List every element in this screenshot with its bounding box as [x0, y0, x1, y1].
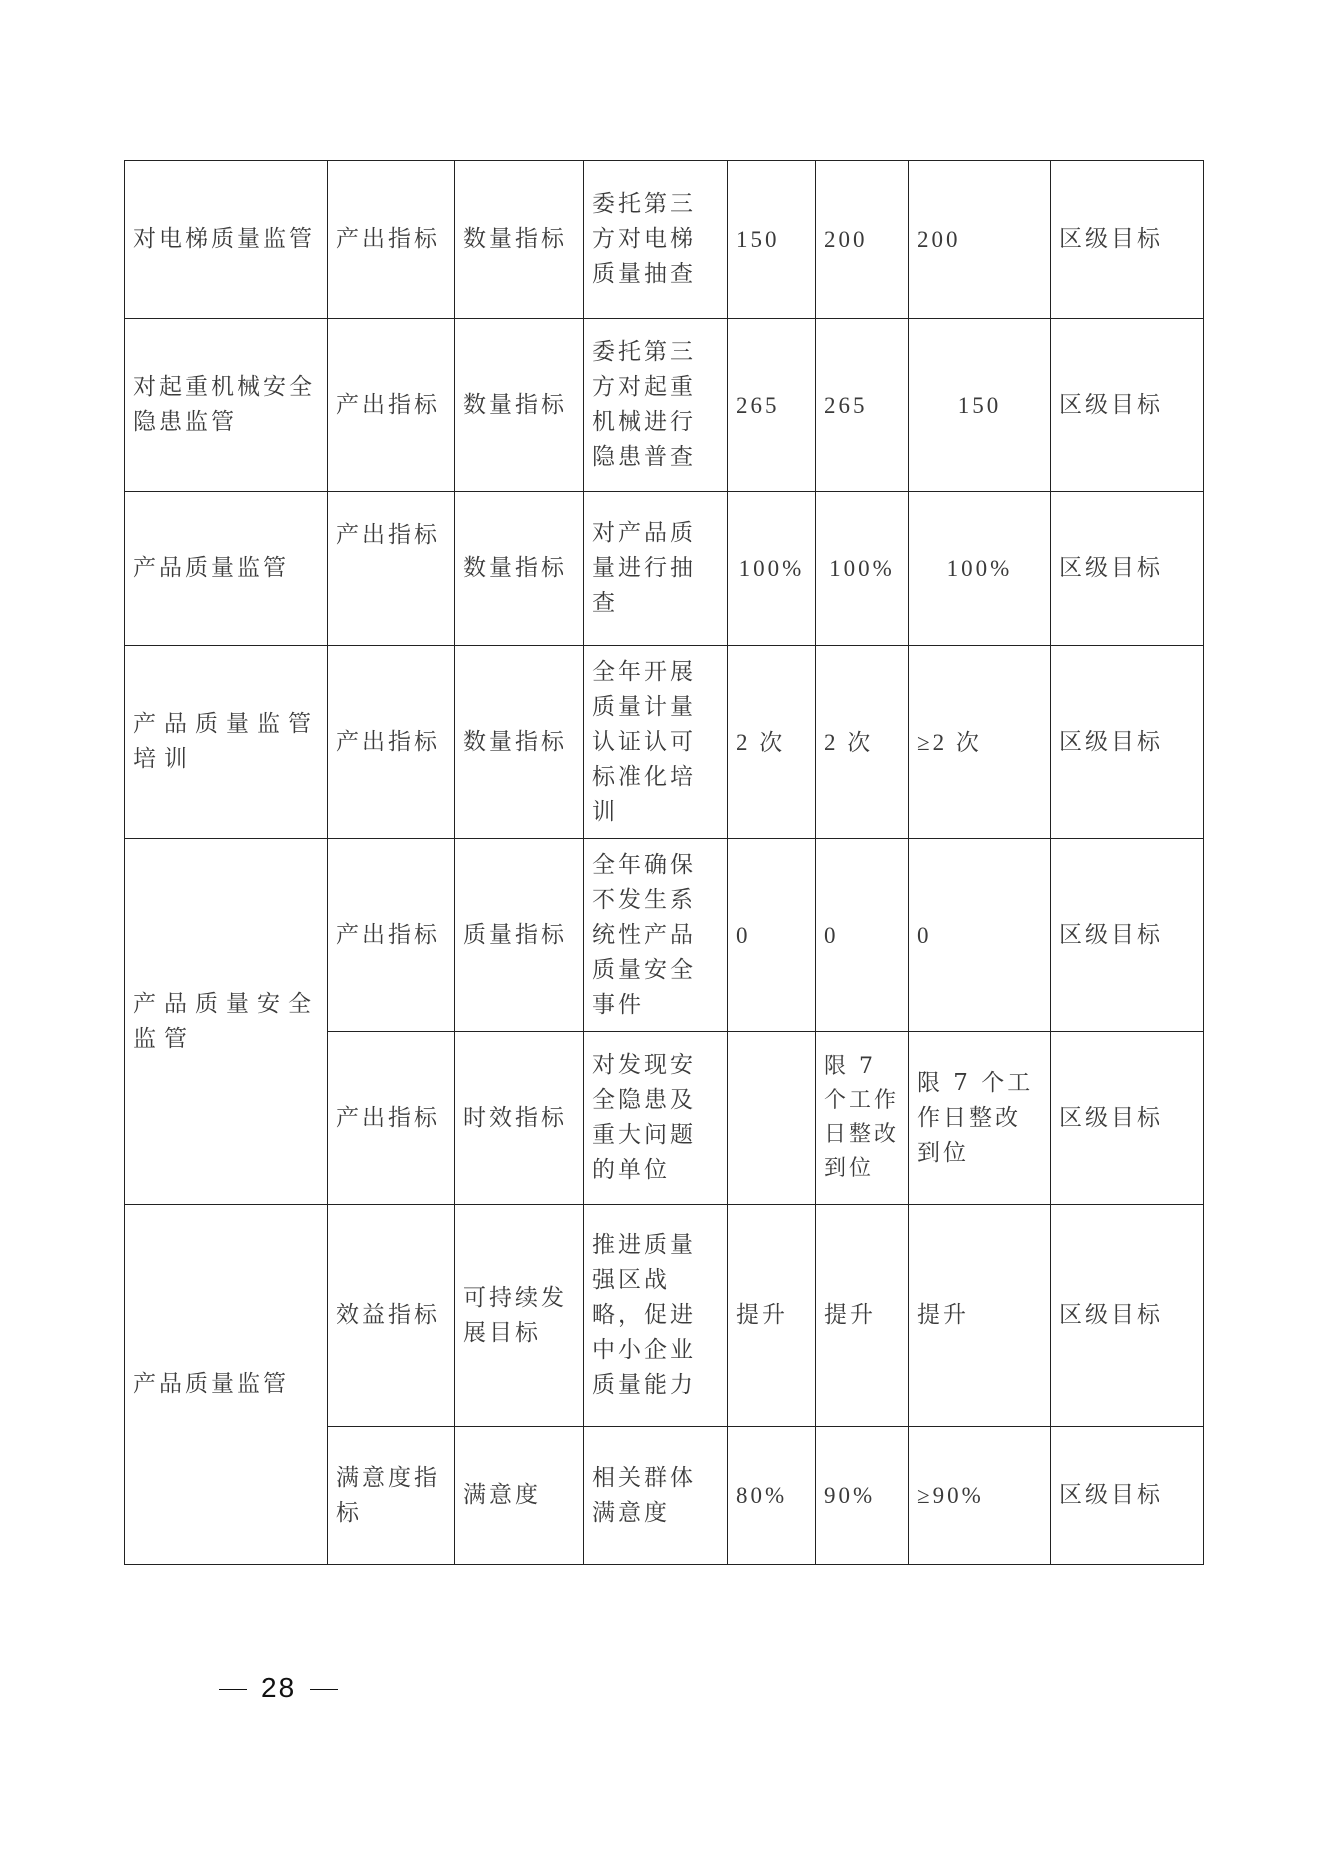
level2-cell: 数量指标: [455, 646, 584, 839]
level1-cell: 产出指标: [328, 161, 455, 319]
task-cell: 对起重机械安全隐患监管: [125, 319, 328, 492]
value3-cell: 100%: [909, 492, 1051, 646]
value2-cell: 提升: [816, 1205, 909, 1427]
indicator-cell: 推进质量强区战略，促进中小企业质量能力: [584, 1205, 728, 1427]
level2-cell: 可持续发展目标: [455, 1205, 584, 1427]
value2-cell: 90%: [816, 1427, 909, 1565]
value3-cell: ≥2 次: [909, 646, 1051, 839]
value2-cell: 0: [816, 839, 909, 1032]
table-row: 产品质量监管培训 产出指标 数量指标 全年开展质量计量认证认可标准化培训 2 次…: [125, 646, 1204, 839]
value3-cell: 150: [909, 319, 1051, 492]
level1-cell: 满意度指标: [328, 1427, 455, 1565]
table-row: 对起重机械安全隐患监管 产出指标 数量指标 委托第三方对起重机械进行隐患普查 2…: [125, 319, 1204, 492]
level1-cell: 产出指标: [328, 319, 455, 492]
level1-cell: 产出指标: [328, 1032, 455, 1205]
indicator-cell: 相关群体满意度: [584, 1427, 728, 1565]
note-cell: 区级目标: [1051, 1427, 1204, 1565]
value1-cell: 提升: [728, 1205, 816, 1427]
indicator-cell: 对产品质量进行抽查: [584, 492, 728, 646]
level2-cell: 满意度: [455, 1427, 584, 1565]
value3-cell: ≥90%: [909, 1427, 1051, 1565]
indicator-cell: 对发现安全隐患及重大问题的单位: [584, 1032, 728, 1205]
table-row: 产品质量安全监管 产出指标 质量指标 全年确保不发生系统性产品质量安全事件 0 …: [125, 839, 1204, 1032]
value1-cell: 0: [728, 839, 816, 1032]
level2-cell: 时效指标: [455, 1032, 584, 1205]
indicator-cell: 委托第三方对起重机械进行隐患普查: [584, 319, 728, 492]
performance-indicator-table: 对电梯质量监管 产出指标 数量指标 委托第三方对电梯质量抽查 150 200 2…: [124, 160, 1204, 1565]
task-cell: 产品质量安全监管: [125, 839, 328, 1205]
table-row: 对电梯质量监管 产出指标 数量指标 委托第三方对电梯质量抽查 150 200 2…: [125, 161, 1204, 319]
task-cell: 产品质量监管: [125, 1205, 328, 1565]
value1-cell: 80%: [728, 1427, 816, 1565]
table-row: 产品质量监管 效益指标 可持续发展目标 推进质量强区战略，促进中小企业质量能力 …: [125, 1205, 1204, 1427]
level1-cell: 产出指标: [328, 839, 455, 1032]
value1-cell: [728, 1032, 816, 1205]
dash-left: [219, 1689, 247, 1690]
task-cell: 产品质量监管培训: [125, 646, 328, 839]
dash-right: [310, 1689, 338, 1690]
note-cell: 区级目标: [1051, 161, 1204, 319]
value1-cell: 100%: [728, 492, 816, 646]
value1-cell: 150: [728, 161, 816, 319]
level1-cell: 产出指标: [328, 492, 455, 646]
level2-cell: 数量指标: [455, 319, 584, 492]
task-cell: 对电梯质量监管: [125, 161, 328, 319]
value2-cell: 100%: [816, 492, 909, 646]
value3-cell: 200: [909, 161, 1051, 319]
indicator-cell: 全年开展质量计量认证认可标准化培训: [584, 646, 728, 839]
value2-cell: 200: [816, 161, 909, 319]
value3-cell: 提升: [909, 1205, 1051, 1427]
level2-cell: 质量指标: [455, 839, 584, 1032]
document-page: 对电梯质量监管 产出指标 数量指标 委托第三方对电梯质量抽查 150 200 2…: [0, 0, 1323, 1871]
note-cell: 区级目标: [1051, 646, 1204, 839]
level1-cell: 产出指标: [328, 646, 455, 839]
note-cell: 区级目标: [1051, 492, 1204, 646]
page-number: 28: [205, 1672, 352, 1704]
page-number-text: 28: [261, 1672, 296, 1703]
level2-cell: 数量指标: [455, 492, 584, 646]
value2-cell: 265: [816, 319, 909, 492]
indicator-cell: 全年确保不发生系统性产品质量安全事件: [584, 839, 728, 1032]
note-cell: 区级目标: [1051, 1032, 1204, 1205]
value3-cell: 0: [909, 839, 1051, 1032]
value1-cell: 265: [728, 319, 816, 492]
table-row: 产品质量监管 产出指标 数量指标 对产品质量进行抽查 100% 100% 100…: [125, 492, 1204, 646]
value3-cell: 限 7 个工作日整改到位: [909, 1032, 1051, 1205]
level2-cell: 数量指标: [455, 161, 584, 319]
task-cell: 产品质量监管: [125, 492, 328, 646]
value2-cell: 2 次: [816, 646, 909, 839]
note-cell: 区级目标: [1051, 1205, 1204, 1427]
note-cell: 区级目标: [1051, 319, 1204, 492]
value2-cell: 限 7 个工作日整改到位: [816, 1032, 909, 1205]
level1-cell: 效益指标: [328, 1205, 455, 1427]
value1-cell: 2 次: [728, 646, 816, 839]
indicator-cell: 委托第三方对电梯质量抽查: [584, 161, 728, 319]
note-cell: 区级目标: [1051, 839, 1204, 1032]
